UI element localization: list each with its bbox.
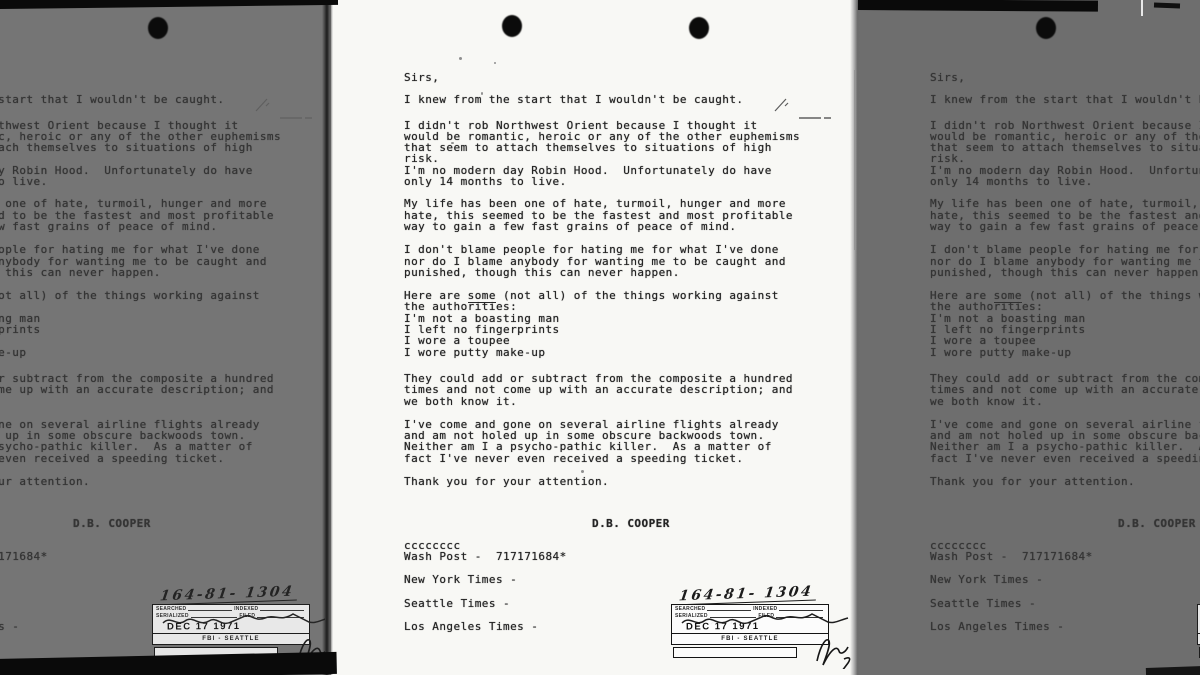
stamp-box: SEARCHED INDEXED SERIALIZED FILED DEC 17…: [152, 604, 310, 645]
recipient-los-angeles-times: Los Angeles Times -: [930, 621, 1200, 632]
letter-body: Sirs, I knew from the start that I would…: [0, 72, 325, 632]
signature-name: D.B. COOPER: [404, 518, 844, 529]
file-number-handwriting: 164-81- 1304: [153, 583, 299, 605]
paragraph-rob: I didn't rob Northwest Orient because I …: [930, 120, 1200, 188]
paragraph-life: My life has been one of hate, turmoil, h…: [0, 198, 325, 232]
scan-speck: [481, 92, 483, 95]
page-copy-right: Sirs, I knew from the start that I would…: [857, 0, 1200, 675]
paragraph-composite: They could add or subtract from the comp…: [404, 373, 844, 407]
scan-speck: [459, 57, 462, 60]
signature-name: D.B. COOPER: [930, 518, 1200, 529]
page-crease-line: [854, 70, 855, 250]
recipient-wash-post: Wash Post - 717171684*: [404, 551, 844, 562]
paragraph-list: Here are some (not all) of the things wo…: [0, 290, 325, 358]
recipient-wash-post: Wash Post - 717171684*: [0, 551, 325, 562]
paragraph-composite: They could add or subtract from the comp…: [0, 373, 325, 407]
dash-mark: [279, 114, 313, 122]
recipient-seattle-times: Seattle Times -: [930, 598, 1200, 609]
salutation: Sirs,: [0, 72, 325, 83]
scan-speck: [581, 470, 584, 473]
page-edge-shadow-left: [322, 0, 333, 675]
cc-marks: cccccccc: [0, 540, 325, 551]
scan-speck: [494, 62, 496, 64]
paragraph-blame: I don't blame people for hating me for w…: [930, 244, 1200, 278]
signature-name: D.B. COOPER: [0, 518, 325, 529]
page-edge-shadow-right: [850, 0, 860, 675]
letter-page: Sirs, I knew from the start that I would…: [857, 0, 1200, 675]
paragraph-thanks: Thank you for your attention.: [930, 476, 1200, 487]
paragraph-life: My life has been one of hate, turmoil, h…: [404, 198, 844, 232]
list-post-text: (not all) of the things working against …: [404, 289, 779, 358]
scan-dash-artifact: [1154, 3, 1180, 9]
recipient-new-york-times: New York Times -: [930, 574, 1200, 585]
paragraph-rob: I didn't rob Northwest Orient because I …: [404, 120, 844, 188]
hole-punch-dot: [689, 17, 709, 39]
initials-handwriting: [811, 635, 855, 669]
list-post-text: (not all) of the things working against …: [0, 289, 260, 358]
hole-punch-dot: [502, 15, 522, 37]
page-copy-left: Sirs, I knew from the start that I would…: [0, 0, 325, 675]
scan-band-top-right: [858, 0, 1098, 12]
hole-punch-dot: [1036, 17, 1056, 39]
clerk-signature-handwriting: [678, 611, 853, 629]
dash-mark: [798, 114, 832, 122]
salutation: Sirs,: [404, 72, 844, 83]
scan-speck: [451, 142, 454, 144]
paragraph-rob: I didn't rob Northwest Orient because I …: [0, 120, 325, 188]
letter-page: Sirs, I knew from the start that I would…: [331, 0, 857, 675]
recipient-wash-post: Wash Post - 717171684*: [930, 551, 1200, 562]
fbi-received-stamp: 164-81- 1304 SEARCHED INDEXED SERIALIZED…: [671, 583, 856, 658]
stamp-office: FBI - SEATTLE: [672, 633, 828, 644]
list-post-text: (not all) of the things working against …: [930, 289, 1200, 358]
paragraph-blame: I don't blame people for hating me for w…: [0, 244, 325, 278]
stamp-tail-box: [673, 647, 797, 658]
clerk-signature-handwriting: [159, 611, 325, 629]
paragraph-intro: I knew from the start that I wouldn't be…: [930, 94, 1200, 105]
paragraph-life: My life has been one of hate, turmoil, h…: [930, 198, 1200, 232]
paragraph-thanks: Thank you for your attention.: [404, 476, 844, 487]
paragraph-blame: I don't blame people for hating me for w…: [404, 244, 844, 278]
check-mark: [253, 96, 271, 114]
page-copy-center: Sirs, I knew from the start that I would…: [331, 0, 857, 675]
paragraph-flights: I've come and gone on several airline fl…: [930, 419, 1200, 464]
paragraph-thanks: Thank you for your attention.: [0, 476, 325, 487]
fbi-received-stamp: 164-81- 1304 SEARCHED INDEXED SERIALIZED…: [152, 583, 325, 658]
stamp-office: FBI - SEATTLE: [153, 633, 309, 644]
paragraph-intro: I knew from the start that I wouldn't be…: [0, 94, 325, 105]
letter-body: Sirs, I knew from the start that I would…: [404, 72, 844, 632]
paragraph-composite: They could add or subtract from the comp…: [930, 373, 1200, 407]
paragraph-list: Here are some (not all) of the things wo…: [404, 290, 844, 358]
scan-band-bottom-right: [1146, 666, 1200, 675]
paragraph-list: Here are some (not all) of the things wo…: [930, 290, 1200, 358]
file-number-handwriting: 164-81- 1304: [672, 583, 818, 605]
letter-body: Sirs, I knew from the start that I would…: [930, 72, 1200, 632]
stamp-box: SEARCHED INDEXED SERIALIZED FILED DEC 17…: [671, 604, 829, 645]
scan-slit-artifact: [1141, 0, 1143, 16]
paragraph-flights: I've come and gone on several airline fl…: [404, 419, 844, 464]
paragraph-flights: I've come and gone on several airline fl…: [0, 419, 325, 464]
salutation: Sirs,: [930, 72, 1200, 83]
hole-punch-dot: [148, 17, 168, 39]
letter-page: Sirs, I knew from the start that I would…: [0, 0, 325, 675]
scanned-document-copies: Sirs, I knew from the start that I would…: [0, 0, 1200, 675]
check-mark: [772, 96, 790, 114]
